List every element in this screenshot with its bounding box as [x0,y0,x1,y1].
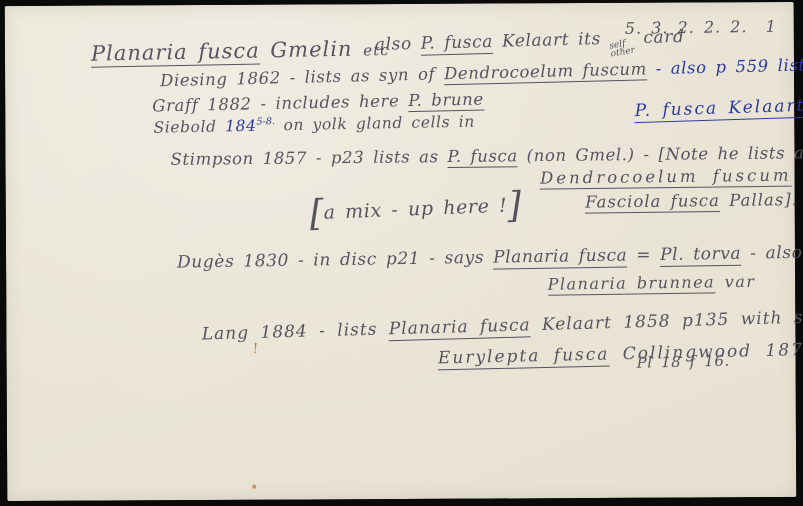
plate-reference: Pl 18 f 16. [636,352,730,372]
note-fasciola-fusca: Fasciola fusca Pallas]. [529,171,798,231]
text-segment: a mix - up here ! [323,195,508,224]
species-name: Fasciola fusca [585,191,720,214]
text-segment: Stimpson 1857 - p23 lists as [170,147,447,169]
index-card: Planaria fusca Gmelin etc also P. fusca … [5,2,797,501]
close-bracket: ] [506,185,522,227]
blue-date-superscript: 5-8. [256,116,275,127]
note-eurylepta-fusca: Eurylepta fusca Collingwood 1876 p95 [357,319,803,391]
text-segment: Pallas]. [720,190,798,210]
blue-annotation: - also p 559 lists separately as [647,52,803,78]
species-name: Eurylepta fusca [438,345,610,371]
catalog-number: 5. 3. 2. 2. 2. 1 [625,17,777,38]
scan-background: Planaria fusca Gmelin etc also P. fusca … [0,0,803,506]
open-bracket: [ [309,193,325,235]
text-segment: Dugès 1830 - in disc p21 - says [177,248,493,273]
paper-speck [252,485,256,489]
species-name: P. fusca Kelaart [634,96,803,123]
orange-mark: ! [252,341,259,357]
